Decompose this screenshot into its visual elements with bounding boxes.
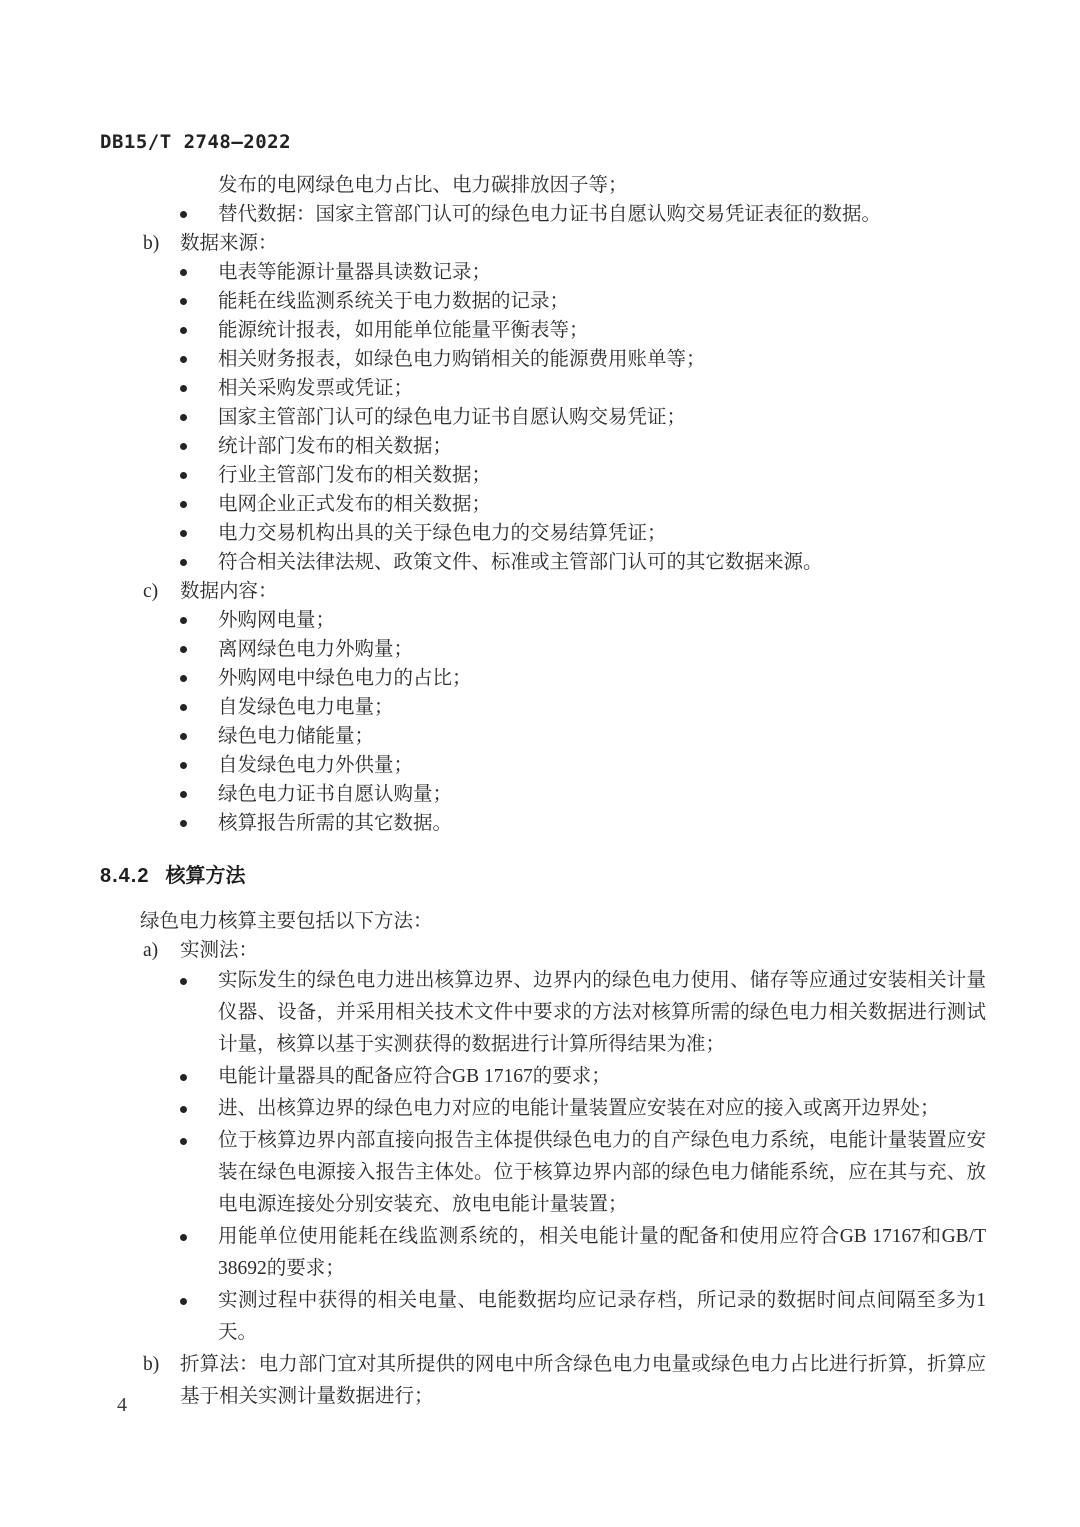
list-item: 能耗在线监测系统关于电力数据的记录； [100,287,986,316]
bullet-icon [180,327,187,334]
list-item-text: 符合相关法律法规、政策文件、标准或主管部门认可的其它数据来源。 [218,548,986,577]
list-item: 能源统计报表，如用能单位能量平衡表等； [100,316,986,345]
bullet-icon [180,501,187,508]
list-item: 外购网电量； [100,606,986,635]
list-item-text: 替代数据：国家主管部门认可的绿色电力证书自愿认购交易凭证表征的数据。 [218,200,986,229]
measured-method-list: 实际发生的绿色电力进出核算边界、边界内的绿色电力使用、储存等应通过安装相关计量仪… [100,965,986,1349]
list-item: 自发绿色电力电量； [100,693,986,722]
list-item-text: 电表等能源计量器具读数记录； [218,258,986,287]
section-number: 8.4.2 [100,862,149,891]
list-item: 电网企业正式发布的相关数据； [100,490,986,519]
data-contents-list: 外购网电量； 离网绿色电力外购量； 外购网电中绿色电力的占比； 自发绿色电力电量… [100,606,986,838]
list-item-text: 绿色电力储能量； [218,722,986,751]
list-item: 绿色电力证书自愿认购量； [100,780,986,809]
list-item-text: 用能单位使用能耗在线监测系统的，相关电能计量的配备和使用应符合GB 17167和… [218,1221,986,1285]
list-item-a-measured-method: a) 实测法： [100,936,986,965]
list-item: 相关财务报表，如绿色电力购销相关的能源费用账单等； [100,345,986,374]
bullet-icon [180,1074,187,1081]
bullet-icon [180,791,187,798]
bullet-icon [180,211,187,218]
list-item: 符合相关法律法规、政策文件、标准或主管部门认可的其它数据来源。 [100,548,986,577]
list-item: 统计部门发布的相关数据； [100,432,986,461]
list-item: 实际发生的绿色电力进出核算边界、边界内的绿色电力使用、储存等应通过安装相关计量仪… [100,965,986,1061]
bullet-icon [180,820,187,827]
list-item: 核算报告所需的其它数据。 [100,809,986,838]
list-item-text: 电网企业正式发布的相关数据； [218,490,986,519]
list-item: 进、出核算边界的绿色电力对应的电能计量装置应安装在对应的接入或离开边界处； [100,1093,986,1125]
list-item: 位于核算边界内部直接向报告主体提供绿色电力的自产绿色电力系统，电能计量装置应安装… [100,1125,986,1221]
bullet-icon [180,530,187,537]
bullet-icon [180,1298,187,1305]
list-label: c) [143,577,180,606]
list-item-text: 能耗在线监测系统关于电力数据的记录； [218,287,986,316]
list-item-text: 核算报告所需的其它数据。 [218,809,986,838]
list-label: b) [143,1349,180,1381]
document-number: DB15/T 2748—2022 [100,131,291,153]
list-item-text: 绿色电力证书自愿认购量； [218,780,986,809]
bullet-icon [180,414,187,421]
document-page: DB15/T 2748—2022 发布的电网绿色电力占比、电力碳排放因子等； 替… [0,0,1080,1527]
list-item: 国家主管部门认可的绿色电力证书自愿认购交易凭证； [100,403,986,432]
list-label: a) [143,936,180,965]
page-number: 4 [117,1394,127,1417]
bullet-icon [180,762,187,769]
list-item-text: 自发绿色电力电量； [218,693,986,722]
list-item: 电表等能源计量器具读数记录； [100,258,986,287]
bullet-icon [180,733,187,740]
list-item-text: 外购网电量； [218,606,986,635]
list-item: 电力交易机构出具的关于绿色电力的交易结算凭证； [100,519,986,548]
bullet-icon [180,1106,187,1113]
bullet-icon [180,646,187,653]
bullet-icon [180,298,187,305]
list-item: 自发绿色电力外供量； [100,751,986,780]
list-title: 实测法： [180,936,986,965]
list-item: 用能单位使用能耗在线监测系统的，相关电能计量的配备和使用应符合GB 17167和… [100,1221,986,1285]
list-item-text: 相关财务报表，如绿色电力购销相关的能源费用账单等； [218,345,986,374]
bullet-icon [180,978,187,985]
list-label: b) [143,229,180,258]
bullet-icon [180,443,187,450]
list-item-text: 行业主管部门发布的相关数据； [218,461,986,490]
intro-paragraph: 绿色电力核算主要包括以下方法： [140,907,986,936]
bullet-icon [180,675,187,682]
bullet-icon [180,269,187,276]
bullet-icon [180,1138,187,1145]
list-title: 数据来源： [180,229,986,258]
list-item-text: 电能计量器具的配备应符合GB 17167的要求； [218,1061,986,1093]
list-item-text: 进、出核算边界的绿色电力对应的电能计量装置应安装在对应的接入或离开边界处； [218,1093,986,1125]
list-item-text: 国家主管部门认可的绿色电力证书自愿认购交易凭证； [218,403,986,432]
continuation-line: 发布的电网绿色电力占比、电力碳排放因子等； [100,171,986,200]
list-item-text: 电力交易机构出具的关于绿色电力的交易结算凭证； [218,519,986,548]
data-sources-list: 电表等能源计量器具读数记录； 能耗在线监测系统关于电力数据的记录； 能源统计报表… [100,258,986,577]
list-item-b-conversion-method: b) 折算法：电力部门宜对其所提供的网电中所含绿色电力电量或绿色电力占比进行折算… [100,1349,986,1413]
list-item-text: 离网绿色电力外购量； [218,635,986,664]
list-item: 电能计量器具的配备应符合GB 17167的要求； [100,1061,986,1093]
list-item: 替代数据：国家主管部门认可的绿色电力证书自愿认购交易凭证表征的数据。 [100,200,986,229]
list-item-c-data-contents: c) 数据内容： [100,577,986,606]
list-item-text: 位于核算边界内部直接向报告主体提供绿色电力的自产绿色电力系统，电能计量装置应安装… [218,1125,986,1221]
bullet-icon [180,559,187,566]
list-item-text: 实际发生的绿色电力进出核算边界、边界内的绿色电力使用、储存等应通过安装相关计量仪… [218,965,986,1061]
list-item-text: 自发绿色电力外供量； [218,751,986,780]
list-item-text: 相关采购发票或凭证； [218,374,986,403]
list-item: 离网绿色电力外购量； [100,635,986,664]
list-item: 相关采购发票或凭证； [100,374,986,403]
bullet-icon [180,356,187,363]
document-body: 发布的电网绿色电力占比、电力碳排放因子等； 替代数据：国家主管部门认可的绿色电力… [100,171,986,1413]
list-item: 行业主管部门发布的相关数据； [100,461,986,490]
section-title: 核算方法 [165,862,245,891]
list-item: 实测过程中获得的相关电量、电能数据均应记录存档，所记录的数据时间点间隔至多为1天… [100,1285,986,1349]
bullet-icon [180,1234,187,1241]
bullet-icon [180,385,187,392]
list-item: 绿色电力储能量； [100,722,986,751]
list-item: 外购网电中绿色电力的占比； [100,664,986,693]
list-item-b-data-sources: b) 数据来源： [100,229,986,258]
bullet-icon [180,704,187,711]
list-item-text: 实测过程中获得的相关电量、电能数据均应记录存档，所记录的数据时间点间隔至多为1天… [218,1285,986,1349]
list-title: 数据内容： [180,577,986,606]
section-heading-8-4-2: 8.4.2 核算方法 [100,862,986,891]
bullet-icon [180,617,187,624]
list-item-text: 能源统计报表，如用能单位能量平衡表等； [218,316,986,345]
bullet-icon [180,472,187,479]
list-item-text: 外购网电中绿色电力的占比； [218,664,986,693]
list-item-text: 统计部门发布的相关数据； [218,432,986,461]
list-item-text: 折算法：电力部门宜对其所提供的网电中所含绿色电力电量或绿色电力占比进行折算，折算… [180,1349,986,1413]
